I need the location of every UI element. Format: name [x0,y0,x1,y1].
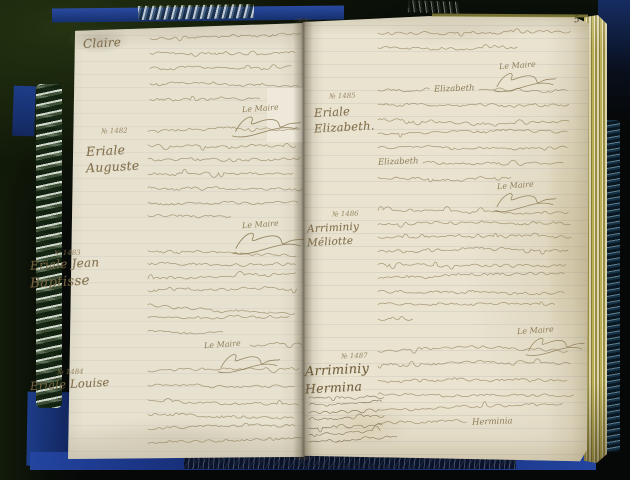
margin-name: Auguste [86,158,140,176]
handwritten-line [148,209,235,224]
handwritten-line [378,373,567,388]
entry-number: № 1484 [57,368,84,377]
margin-name: Arriminiy [305,361,370,379]
handwritten-line [378,111,565,127]
handwriting-layer: ClaireLe Maire№ 1482ErialeAugusteLe Mair… [0,0,630,480]
handwritten-line [150,76,297,91]
margin-name: Claire [83,35,122,51]
handwritten-line [423,155,563,169]
handwritten-line [378,344,569,359]
margin-name: Elizabeth. [314,118,375,135]
handwritten-line [148,393,299,407]
handwritten-line [309,431,398,450]
margin-name: Baptisse [30,272,91,291]
handwritten-line [378,359,571,373]
handwritten-line [378,41,517,55]
handwritten-line [148,138,298,152]
handwritten-line [150,61,295,76]
handwritten-line [148,422,298,436]
margin-name: Eriale [314,104,351,120]
handwritten-line [148,435,299,450]
handwritten-line [378,416,470,430]
handwritten-line [479,83,566,97]
handwritten-line [148,152,299,166]
entry-number: № 1485 [329,92,356,101]
handwritten-line [148,123,301,138]
handwritten-line [148,284,298,299]
handwritten-line [378,401,565,416]
handwritten-line [148,324,220,338]
margin-name: Eriale Jean [30,255,100,273]
handwritten-line [148,166,296,181]
handwritten-line [148,180,299,195]
handwritten-line [148,378,298,392]
handwritten-line [378,141,569,156]
handwritten-line [378,170,512,185]
handwritten-line [148,407,296,422]
handwritten-line [378,26,566,41]
handwritten-line [148,194,295,209]
margin-name: Arriminiy [307,221,360,236]
handwritten-line [150,30,300,45]
legible-word: Elizabeth [434,83,475,94]
margin-name: Eriale [86,142,126,159]
book-gutter-shadow [293,18,313,460]
legible-word: Elizabeth [378,156,419,167]
margin-name: Eriale Louise [30,375,110,393]
handwritten-line [378,203,571,218]
entry-number: № 1486 [332,210,359,219]
entry-number: № 1482 [101,127,128,136]
handwritten-line [148,364,301,378]
handwritten-line [378,387,569,403]
margin-name: Méliotte [307,235,354,249]
handwritten-line [150,46,298,60]
handwritten-line [378,312,417,326]
entry-number: № 1487 [341,352,368,361]
handwritten-line [378,126,567,140]
handwritten-line [378,97,569,112]
handwritten-line [378,83,432,97]
handwritten-line [150,91,258,106]
legible-word: Herminia [472,416,513,427]
register-book-photo: ClaireLe Maire№ 1482ErialeAugusteLe Mair… [0,0,630,480]
page-number: 5 [573,15,580,26]
handwritten-line [378,270,565,286]
handwritten-line [378,216,569,231]
handwritten-line [378,298,555,313]
handwritten-line [378,230,571,244]
